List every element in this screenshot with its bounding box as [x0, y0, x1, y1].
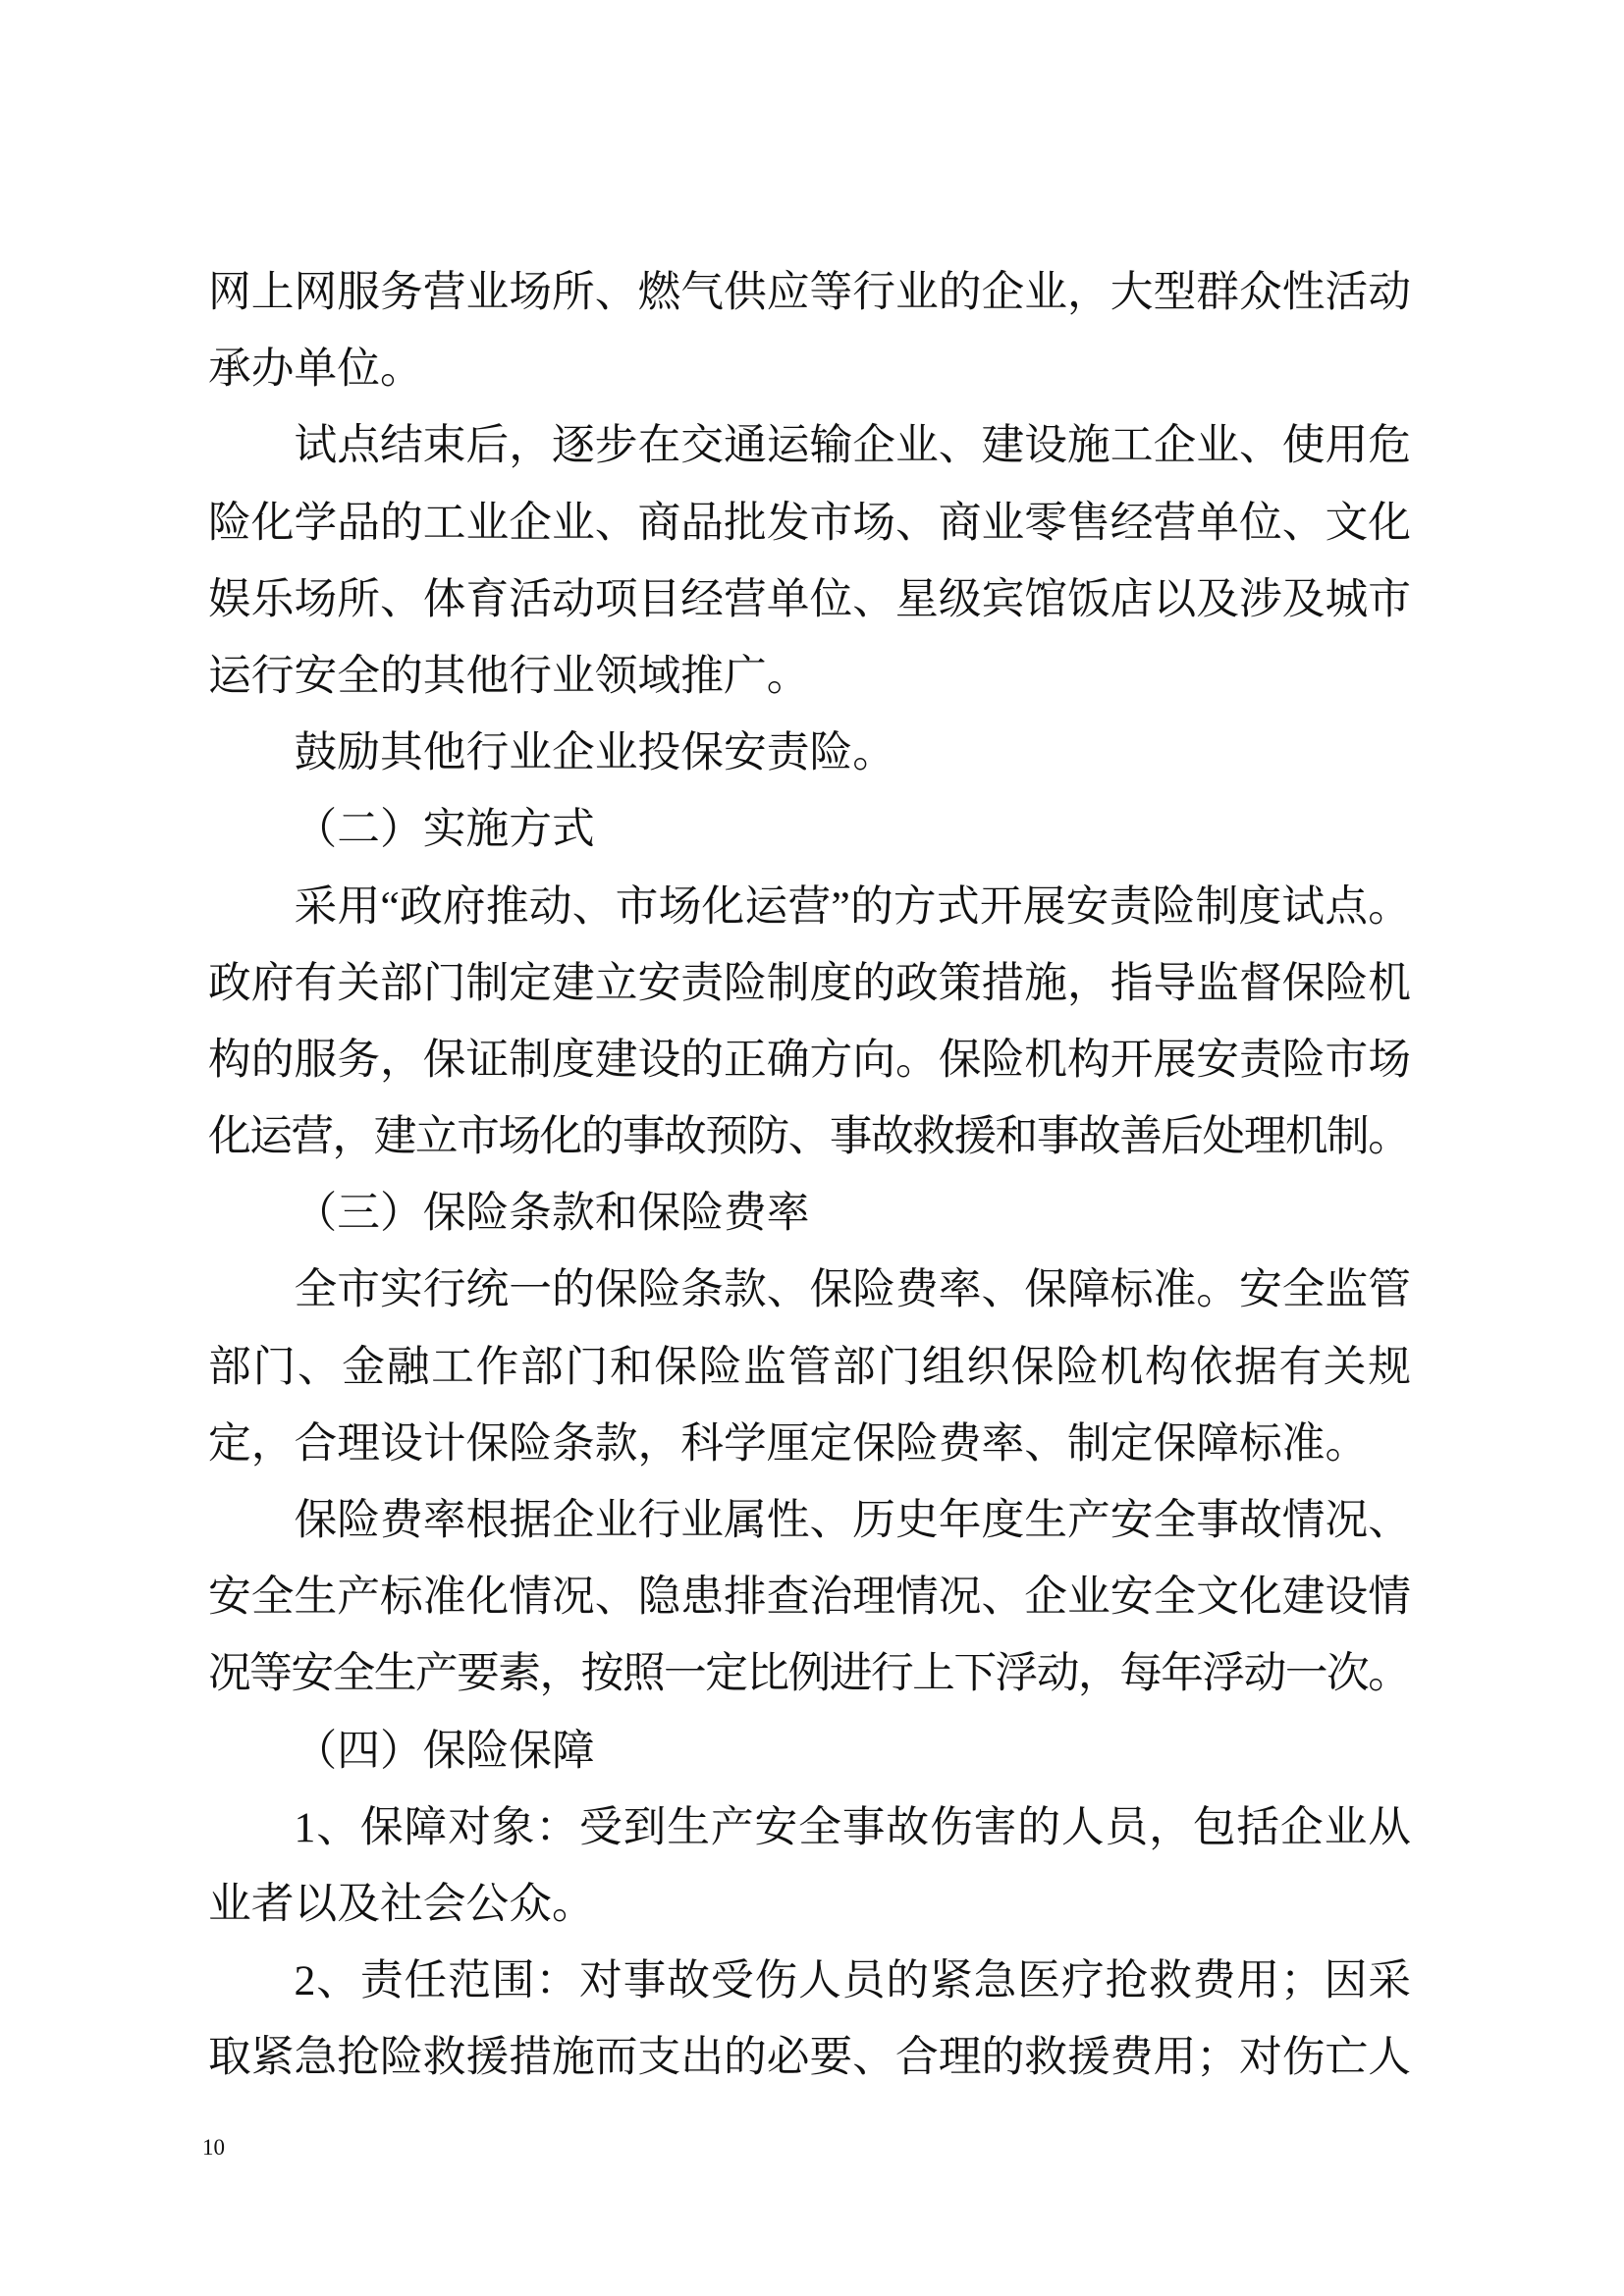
paragraph: 2、责任范围：对事故受伤人员的紧急医疗抢救费用；因采 取紧急抢险救援措施而支出的… [208, 1943, 1411, 2096]
heading-text: （三）保险条款和保险费率 [295, 1190, 810, 1237]
section-heading: （三）保险条款和保险费率 [208, 1175, 1411, 1252]
heading-line: （四）保险保障 [208, 1713, 1411, 1789]
line-text: 取紧急抢险救援措施而支出的必要、合理的救援费用；对伤亡人 [208, 2034, 1411, 2081]
text-line: 取紧急抢险救援措施而支出的必要、合理的救援费用；对伤亡人 [208, 2019, 1411, 2096]
text-line: 安全生产标准化情况、隐患排查治理情况、企业安全文化建设情 [208, 1559, 1411, 1635]
paragraph: 采用“政府推动、市场化运营”的方式开展安责险制度试点。 政府有关部门制定建立安责… [208, 869, 1411, 1176]
paragraph: 1、保障对象：受到生产安全事故伤害的人员，包括企业从 业者以及社会公众。 [208, 1789, 1411, 1943]
paragraph: 保险费率根据企业行业属性、历史年度生产安全事故情况、 安全生产标准化情况、隐患排… [208, 1482, 1411, 1713]
line-text: 构的服务，保证制度建设的正确方向。保险机构开展安责险市场 [208, 1037, 1411, 1084]
line-text: 全市实行统一的保险条款、保险费率、保障标准。安全监管 [295, 1266, 1412, 1313]
text-line: 运行安全的其他行业领域推广。 [208, 638, 1411, 715]
page-number: 10 [202, 2136, 225, 2159]
text-line: 况等安全生产要素，按照一定比例进行上下浮动，每年浮动一次。 [208, 1635, 1411, 1712]
text-line: 险化学品的工业企业、商品批发市场、商业零售经营单位、文化 [208, 485, 1411, 561]
text-line: 构的服务，保证制度建设的正确方向。保险机构开展安责险市场 [208, 1022, 1411, 1098]
line-text: 业者以及社会公众。 [208, 1881, 595, 1928]
line-text: 保险费率根据企业行业属性、历史年度生产安全事故情况、 [295, 1497, 1412, 1544]
paragraph: 网上网服务营业场所、燃气供应等行业的企业，大型群众性活动 承办单位。 [208, 254, 1411, 407]
text-line: 部门、金融工作部门和保险监管部门组织保险机构依据有关规 [208, 1329, 1411, 1406]
line-text: 化运营，建立市场化的事故预防、事故救援和事故善后处理机制。 [208, 1113, 1409, 1160]
heading-line: （三）保险条款和保险费率 [208, 1175, 1411, 1252]
text-line: 1、保障对象：受到生产安全事故伤害的人员，包括企业从 [208, 1789, 1411, 1866]
document-page: 网上网服务营业场所、燃气供应等行业的企业，大型群众性活动 承办单位。 试点结束后… [0, 0, 1624, 2296]
text-line: 采用“政府推动、市场化运营”的方式开展安责险制度试点。 [208, 869, 1411, 945]
text-line: 保险费率根据企业行业属性、历史年度生产安全事故情况、 [208, 1482, 1411, 1559]
text-line: 网上网服务营业场所、燃气供应等行业的企业，大型群众性活动 [208, 254, 1411, 331]
paragraph: 试点结束后，逐步在交通运输企业、建设施工企业、使用危 险化学品的工业企业、商品批… [208, 407, 1411, 715]
text-line: 全市实行统一的保险条款、保险费率、保障标准。安全监管 [208, 1252, 1411, 1328]
line-text: 险化学品的工业企业、商品批发市场、商业零售经营单位、文化 [208, 500, 1411, 547]
line-text: 况等安全生产要素，按照一定比例进行上下浮动，每年浮动一次。 [208, 1650, 1409, 1697]
text-line: 化运营，建立市场化的事故预防、事故救援和事故善后处理机制。 [208, 1098, 1411, 1175]
paragraph: 全市实行统一的保险条款、保险费率、保障标准。安全监管 部门、金融工作部门和保险监… [208, 1252, 1411, 1482]
section-heading: （四）保险保障 [208, 1713, 1411, 1789]
line-text: 定，合理设计保险条款，科学厘定保险费率、制定保障标准。 [208, 1420, 1368, 1468]
text-line: 政府有关部门制定建立安责险制度的政策措施，指导监督保险机 [208, 945, 1411, 1022]
line-text: 1、保障对象：受到生产安全事故伤害的人员，包括企业从 [295, 1804, 1412, 1851]
heading-text: （四）保险保障 [295, 1728, 595, 1775]
text-line: 鼓励其他行业企业投保安责险。 [208, 715, 1411, 791]
heading-text: （二）实施方式 [295, 806, 595, 853]
heading-line: （二）实施方式 [208, 791, 1411, 868]
text-line: 承办单位。 [208, 331, 1411, 407]
line-text: 部门、金融工作部门和保险监管部门组织保险机构依据有关规 [208, 1344, 1413, 1391]
text-line: 业者以及社会公众。 [208, 1866, 1411, 1943]
line-text: 安全生产标准化情况、隐患排查治理情况、企业安全文化建设情 [208, 1574, 1411, 1621]
paragraph: 鼓励其他行业企业投保安责险。 [208, 715, 1411, 791]
text-line: 试点结束后，逐步在交通运输企业、建设施工企业、使用危 [208, 407, 1411, 484]
line-text: 试点结束后，逐步在交通运输企业、建设施工企业、使用危 [295, 422, 1412, 469]
text-line: 2、责任范围：对事故受伤人员的紧急医疗抢救费用；因采 [208, 1943, 1411, 2019]
line-text: 2、责任范围：对事故受伤人员的紧急医疗抢救费用；因采 [295, 1957, 1412, 2004]
text-line: 定，合理设计保险条款，科学厘定保险费率、制定保障标准。 [208, 1406, 1411, 1482]
line-text: 承办单位。 [208, 346, 423, 393]
line-text: 运行安全的其他行业领域推广。 [208, 653, 810, 700]
page-body: 网上网服务营业场所、燃气供应等行业的企业，大型群众性活动 承办单位。 试点结束后… [208, 254, 1411, 2097]
line-text: 政府有关部门制定建立安责险制度的政策措施，指导监督保险机 [208, 960, 1411, 1007]
section-heading: （二）实施方式 [208, 791, 1411, 868]
line-text: 鼓励其他行业企业投保安责险。 [295, 729, 896, 776]
line-text: 娱乐场所、体育活动项目经营单位、星级宾馆饭店以及涉及城市 [208, 576, 1411, 623]
line-text: 网上网服务营业场所、燃气供应等行业的企业，大型群众性活动 [208, 269, 1411, 316]
line-text: 采用“政府推动、市场化运营”的方式开展安责险制度试点。 [295, 883, 1412, 931]
text-line: 娱乐场所、体育活动项目经营单位、星级宾馆饭店以及涉及城市 [208, 561, 1411, 638]
